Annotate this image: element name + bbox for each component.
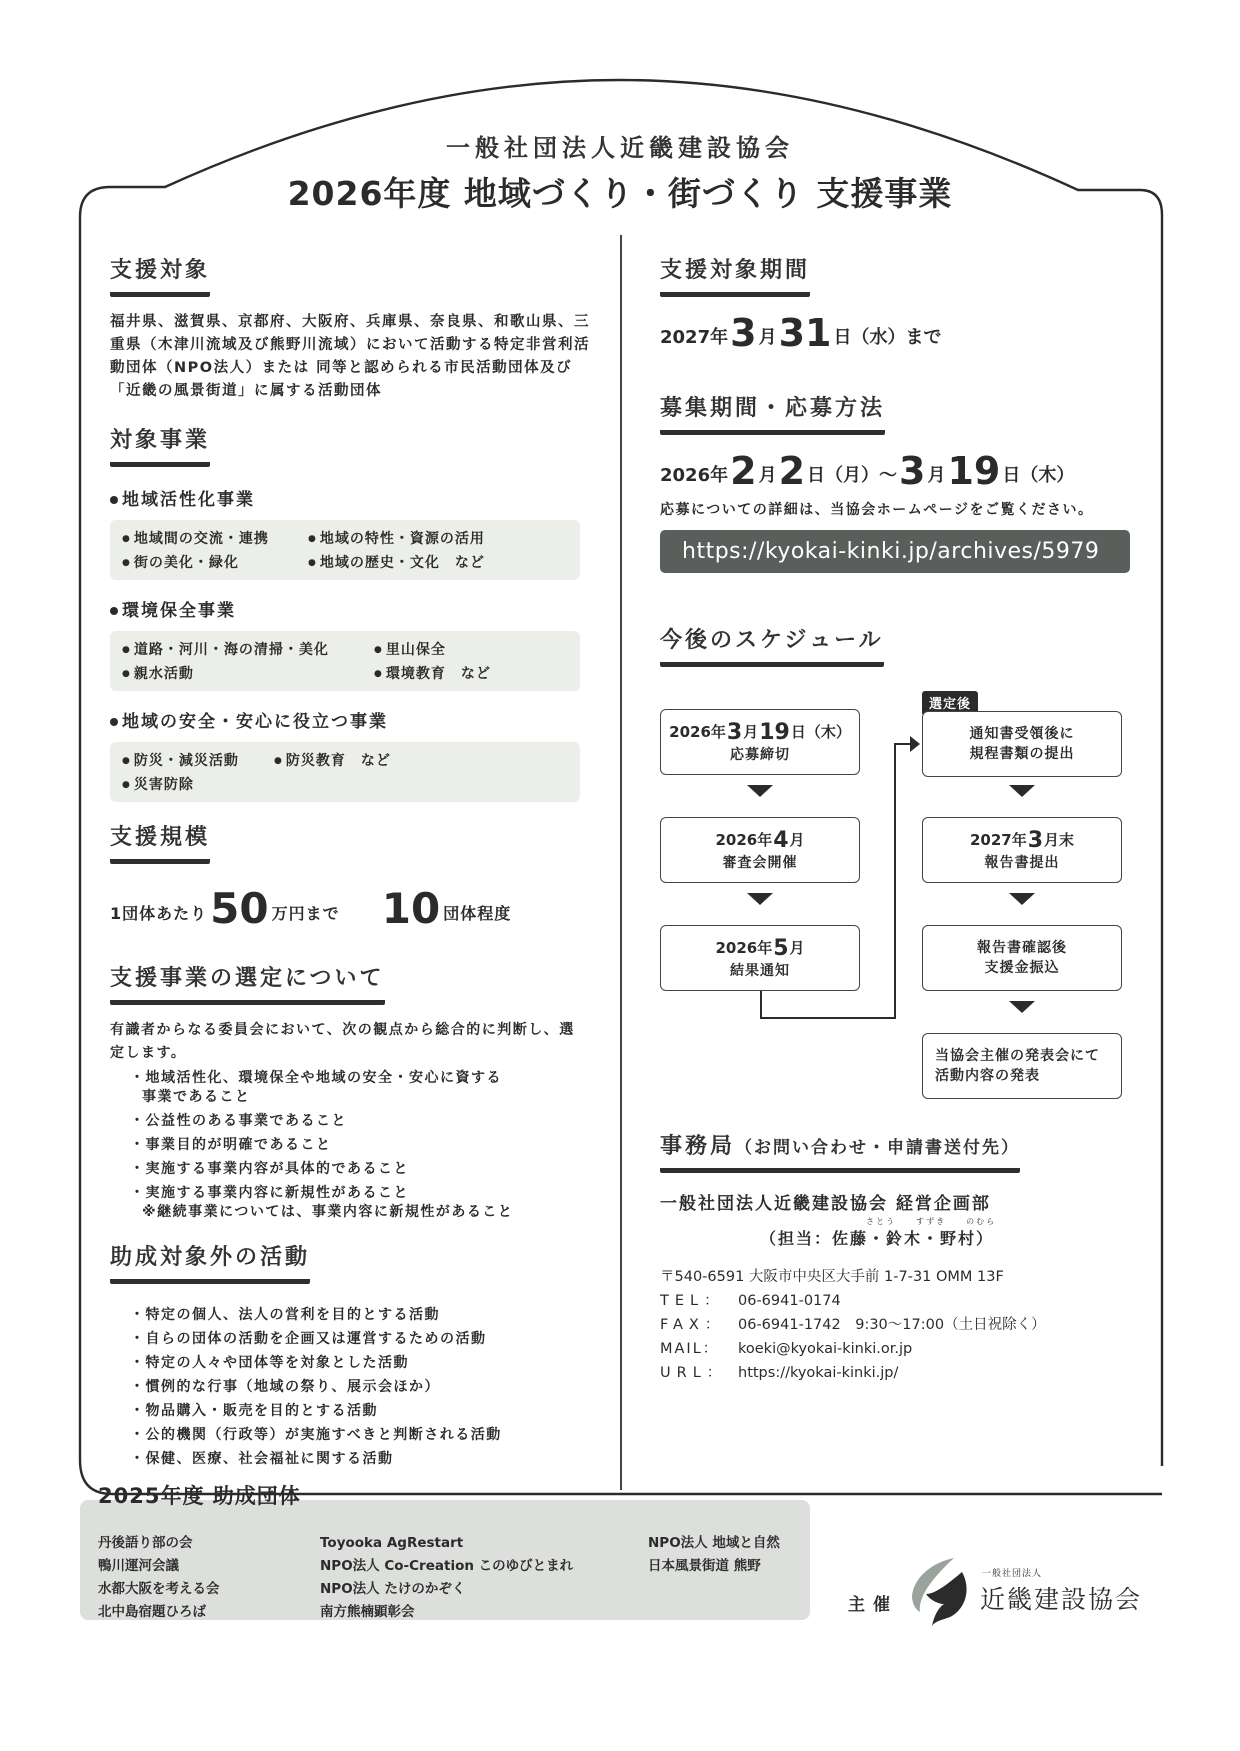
- section-heading: 支援事業の選定について: [110, 961, 385, 1005]
- granted-group: 水都大阪を考える会: [98, 1578, 220, 1601]
- excluded-item: 保健、医療、社会福祉に関する活動: [130, 1450, 590, 1469]
- mail-row: MAIL：koeki@kyokai-kinki.or.jp: [660, 1337, 1140, 1361]
- contact-persons: （担当：佐藤・鈴木・野村）: [660, 1226, 1140, 1249]
- business-item: 環境教育 など: [374, 663, 568, 683]
- section-excluded: 助成対象外の活動 特定の個人、法人の営利を目的とする活動 自らの団体の活動を企画…: [110, 1240, 590, 1469]
- down-arrow-icon: [1009, 893, 1035, 905]
- business-category: 地域活性化事業: [110, 485, 590, 510]
- schedule-flowchart: 2026年3月19日（木） 応募締切 2026年4月 審査会開催 2026年5月…: [660, 689, 1140, 1109]
- bullet-icon: [110, 607, 118, 615]
- section-support-scale: 支援規模 1団体あたり50万円まで 10団体程度: [110, 820, 590, 933]
- fax-value: 06-6941-1742 9:30～17:00（土日祝除く）: [738, 1317, 1046, 1333]
- logo-subtitle: 一般社団法人: [982, 1566, 1042, 1579]
- business-item: 防災教育 など: [274, 750, 568, 770]
- tel-row: TEL：06-6941-0174: [660, 1289, 1140, 1313]
- granted-group: 日本風景街道 熊野: [648, 1555, 780, 1578]
- selection-criteria-list: 地域活性化、環境保全や地域の安全・安心に資する事業であること 公益性のある事業で…: [110, 1069, 590, 1222]
- section-heading: 対象事業: [110, 423, 210, 467]
- support-period-date: 2027年3月31日（水）まで: [660, 311, 1140, 355]
- excluded-item: 自らの団体の活動を企画又は運営するための活動: [130, 1330, 590, 1349]
- excluded-list: 特定の個人、法人の営利を目的とする活動 自らの団体の活動を企画又は運営するための…: [110, 1306, 590, 1469]
- down-arrow-icon: [747, 893, 773, 905]
- column-divider: [620, 235, 622, 1490]
- granted-group: NPO法人 たけのかぞく: [320, 1578, 573, 1601]
- schedule-step: 当協会主催の発表会にて 活動内容の発表: [922, 1033, 1122, 1099]
- mail-link[interactable]: koeki@kyokai-kinki.or.jp: [738, 1341, 912, 1357]
- schedule-step: 2026年5月 結果通知: [660, 925, 860, 991]
- excluded-item: 公的機関（行政等）が実施すべきと判断される活動: [130, 1426, 590, 1445]
- section-recruitment: 募集期間・応募方法 2026年2月2日（月）～3月19日（木） 応募についての詳…: [660, 391, 1140, 573]
- granted-col-3: NPO法人 地域と自然 日本風景街道 熊野: [648, 1532, 780, 1578]
- granted-col-2: Toyooka AgRestart NPO法人 Co-Creation このゆび…: [320, 1532, 573, 1624]
- amount-value: 50: [210, 884, 268, 933]
- office-department: 一般社団法人近畿建設協会 経営企画部: [660, 1189, 1140, 1214]
- business-item: 災害防除: [122, 774, 274, 794]
- section-support-target: 支援対象 福井県、滋賀県、京都府、大阪府、兵庫県、奈良県、和歌山県、三重県（木津…: [110, 253, 590, 403]
- schedule-step: 報告書確認後 支援金振込: [922, 925, 1122, 991]
- section-heading: 支援対象: [110, 253, 210, 297]
- section-heading: 今後のスケジュール: [660, 623, 884, 667]
- sponsor-label: 主催: [848, 1590, 898, 1615]
- page-title: 2026年度 地域づくり・街づくり 支援事業: [0, 168, 1240, 215]
- business-item: 地域の歴史・文化 など: [308, 552, 568, 572]
- down-arrow-icon: [1009, 785, 1035, 797]
- granted-group: Toyooka AgRestart: [320, 1532, 573, 1555]
- website-link[interactable]: https://kyokai-kinki.jp/: [738, 1365, 898, 1381]
- granted-group: NPO法人 地域と自然: [648, 1532, 780, 1555]
- granted-col-1: 丹後語り部の会 鴨川運河会議 水都大阪を考える会 北中島宿題ひろば: [98, 1532, 220, 1624]
- granted-group: 北中島宿題ひろば: [98, 1601, 220, 1624]
- bullet-icon: [110, 496, 118, 504]
- business-item: 街の美化・緑化: [122, 552, 308, 572]
- url-row: URL：https://kyokai-kinki.jp/: [660, 1361, 1140, 1385]
- logo-name: 近畿建設協会: [980, 1580, 1142, 1616]
- granted-group: NPO法人 Co-Creation このゆびとまれ: [320, 1555, 573, 1578]
- section-schedule: 今後のスケジュール 2026年3月19日（木） 応募締切 2026年4月 審査会…: [660, 623, 1140, 1109]
- section-heading: 支援対象期間: [660, 253, 810, 297]
- business-item: 親水活動: [122, 663, 374, 683]
- schedule-step: 2026年4月 審査会開催: [660, 817, 860, 883]
- granted-group: 鴨川運河会議: [98, 1555, 220, 1578]
- section-selection: 支援事業の選定について 有識者からなる委員会において、次の観点から総合的に判断し…: [110, 961, 590, 1222]
- business-category: 環境保全事業: [110, 596, 590, 621]
- support-target-text: 福井県、滋賀県、京都府、大阪府、兵庫県、奈良県、和歌山県、三重県（木津川流域及び…: [110, 311, 595, 403]
- business-category: 地域の安全・安心に役立つ事業: [110, 707, 590, 732]
- tel-value[interactable]: 06-6941-0174: [738, 1293, 841, 1309]
- organizer-name: 一般社団法人近畿建設協会: [0, 128, 1240, 163]
- association-logo-icon: [904, 1554, 976, 1630]
- section-office: 事務局（お問い合わせ・申請書送付先） 一般社団法人近畿建設協会 経営企画部 さと…: [660, 1129, 1140, 1385]
- section-support-period: 支援対象期間 2027年3月31日（水）まで: [660, 253, 1140, 355]
- excluded-item: 物品購入・販売を目的とする活動: [130, 1402, 590, 1421]
- schedule-step: 2026年3月19日（木） 応募締切: [660, 709, 860, 775]
- excluded-item: 特定の個人、法人の営利を目的とする活動: [130, 1306, 590, 1325]
- excluded-item: 慣例的な行事（地域の祭り、展示会ほか）: [130, 1378, 590, 1397]
- business-item: 地域の特性・資源の活用: [308, 528, 568, 548]
- criteria-item: 事業目的が明確であること: [130, 1136, 590, 1155]
- section-heading: 事務局（お問い合わせ・申請書送付先）: [660, 1129, 1020, 1173]
- support-scale: 1団体あたり50万円まで 10団体程度: [110, 884, 590, 933]
- recruitment-note: 応募についての詳細は、当協会ホームページをご覧ください。: [660, 499, 1140, 522]
- criteria-item: 実施する事業内容が具体的であること: [130, 1160, 590, 1179]
- criteria-item: 公益性のある事業であること: [130, 1112, 590, 1131]
- criteria-item: 地域活性化、環境保全や地域の安全・安心に資する事業であること: [130, 1069, 590, 1107]
- business-item: 道路・河川・海の清掃・美化: [122, 639, 374, 659]
- bullet-icon: [110, 718, 118, 726]
- group-count: 10: [382, 884, 440, 933]
- right-column: 支援対象期間 2027年3月31日（水）まで 募集期間・応募方法 2026年2月…: [660, 253, 1140, 1385]
- granted-group: 丹後語り部の会: [98, 1532, 220, 1555]
- address: 〒540-6591 大阪市中央区大手前 1-7-31 OMM 13F: [660, 1265, 1140, 1289]
- recruitment-period: 2026年2月2日（月）～3月19日（木）: [660, 449, 1140, 493]
- granted-groups-title: 2025年度 助成団体: [98, 1480, 301, 1510]
- business-items-box: 地域間の交流・連携 地域の特性・資源の活用 街の美化・緑化 地域の歴史・文化 な…: [110, 520, 580, 580]
- down-arrow-icon: [747, 785, 773, 797]
- section-heading: 募集期間・応募方法: [660, 391, 885, 435]
- section-heading: 支援規模: [110, 820, 210, 864]
- connector-line: [760, 991, 762, 1019]
- business-item: 里山保全: [374, 639, 568, 659]
- section-heading: 助成対象外の活動: [110, 1240, 310, 1284]
- section-target-business: 対象事業 地域活性化事業 地域間の交流・連携 地域の特性・資源の活用 街の美化・…: [110, 423, 590, 802]
- application-url-link[interactable]: https://kyokai-kinki.jp/archives/5979: [660, 530, 1130, 573]
- business-items-box: 道路・河川・海の清掃・美化 里山保全 親水活動 環境教育 など: [110, 631, 580, 691]
- excluded-item: 特定の人々や団体等を対象とした活動: [130, 1354, 590, 1373]
- selection-intro: 有識者からなる委員会において、次の観点から総合的に判断し、選定します。: [110, 1019, 580, 1065]
- fax-row: FAX：06-6941-1742 9:30～17:00（土日祝除く）: [660, 1313, 1140, 1337]
- schedule-step: 2027年3月末 報告書提出: [922, 817, 1122, 883]
- contact-info: 〒540-6591 大阪市中央区大手前 1-7-31 OMM 13F TEL：0…: [660, 1265, 1140, 1385]
- business-items-box: 防災・減災活動 防災教育 など 災害防除: [110, 742, 580, 802]
- connector-line: [760, 1017, 896, 1019]
- person-ruby: さとう すずき のむら: [660, 1216, 1140, 1226]
- business-item: 防災・減災活動: [122, 750, 274, 770]
- left-column: 支援対象 福井県、滋賀県、京都府、大阪府、兵庫県、奈良県、和歌山県、三重県（木津…: [110, 253, 590, 1474]
- right-arrow-icon: [910, 736, 920, 752]
- business-item: 地域間の交流・連携: [122, 528, 308, 548]
- connector-line: [894, 743, 896, 1019]
- granted-group: 南方熊楠顕彰会: [320, 1601, 573, 1624]
- schedule-step: 通知書受領後に 規程書類の提出: [922, 711, 1122, 777]
- criteria-item: 実施する事業内容に新規性があること※継続事業については、事業内容に新規性があるこ…: [130, 1184, 590, 1222]
- down-arrow-icon: [1009, 1001, 1035, 1013]
